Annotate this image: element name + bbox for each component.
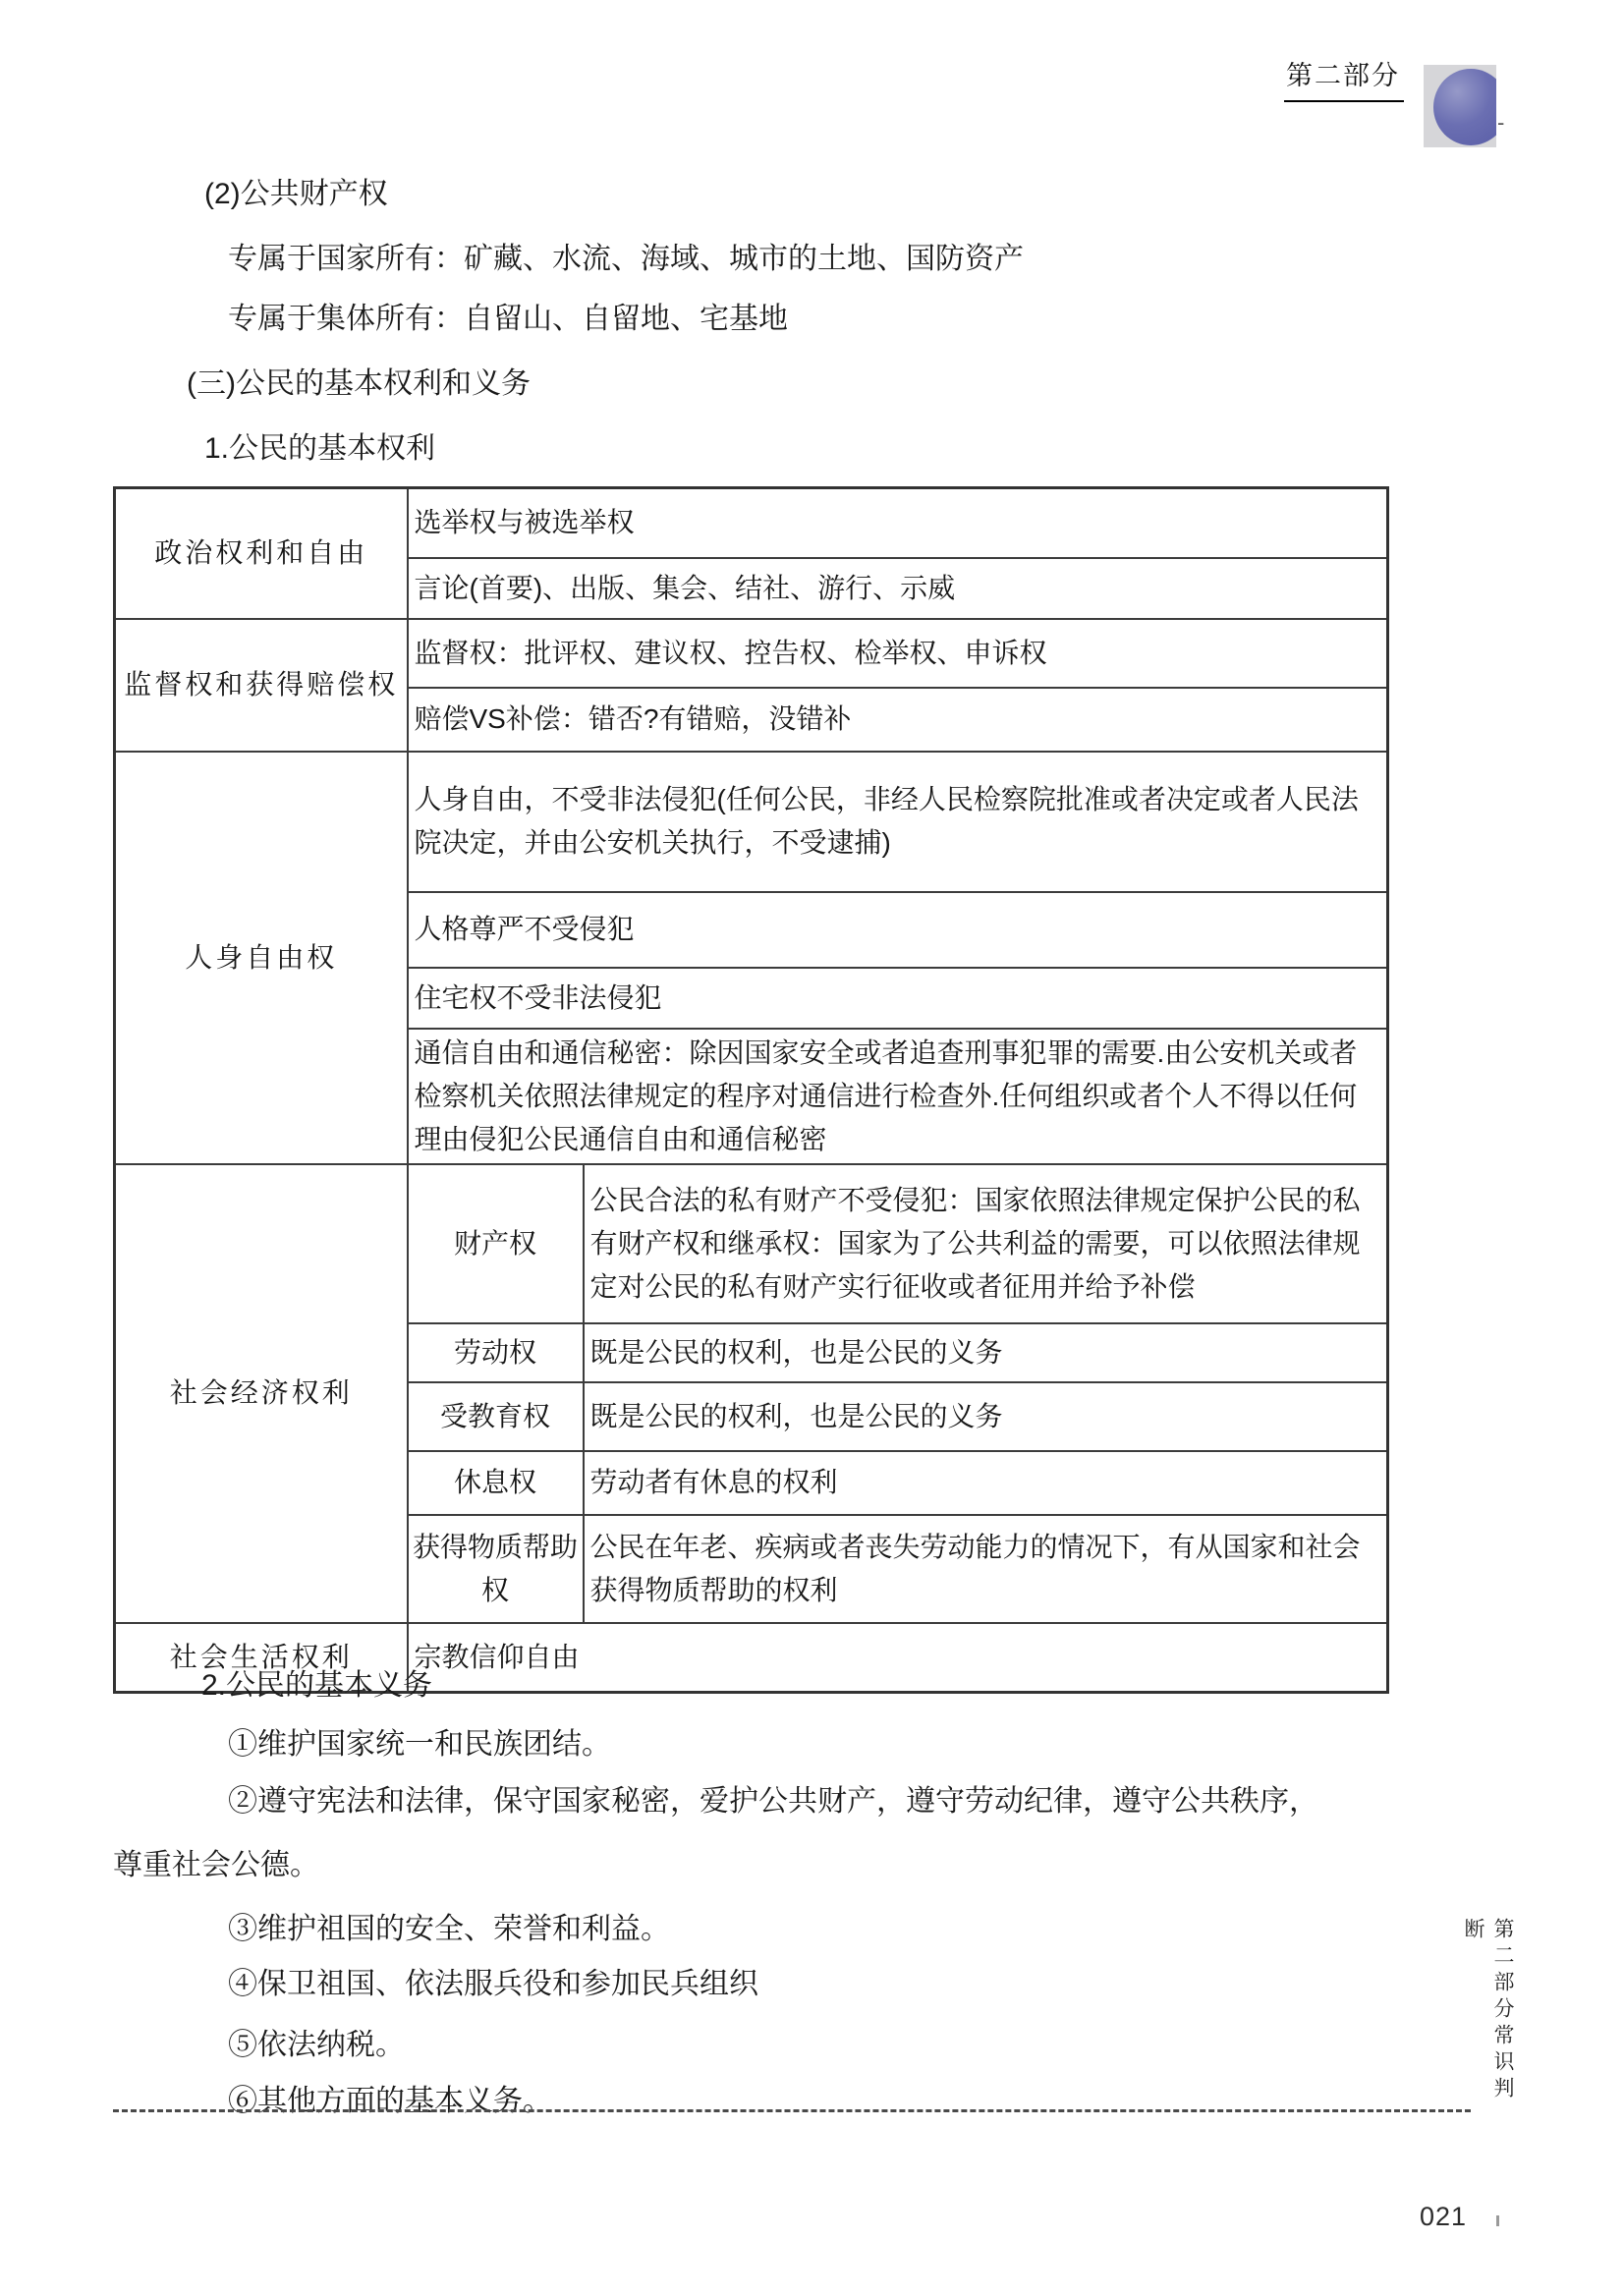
- subheading-basic-duties: 2.公民的基本义务: [201, 1660, 432, 1704]
- cell-rest-right: 劳动者有休息的权利: [584, 1451, 1388, 1515]
- table-row: 政治权利和自由 选举权与被选举权: [115, 488, 1388, 558]
- rights-table: 政治权利和自由 选举权与被选举权 言论(首要)、出版、集会、结社、游行、示威 监…: [113, 486, 1389, 1694]
- sublabel-property-right: 财产权: [408, 1164, 584, 1323]
- page-edge-tick: [1496, 2215, 1499, 2226]
- table-row: 监督权和获得赔偿权 监督权：批评权、建议权、控告权、检举权、申诉权: [115, 619, 1388, 688]
- group-label-political: 政治权利和自由: [115, 488, 408, 619]
- cell-compensation-note: 赔偿VS补偿：错否?有错赔，没错补: [408, 688, 1388, 752]
- corner-dash-mark: -: [1497, 110, 1504, 136]
- group-label-socioeconomic: 社会经济权利: [115, 1164, 408, 1623]
- duty-line-6: ⑥其他方面的基本义务。: [228, 2076, 552, 2119]
- duty-line-1: ①维护国家统一和民族团结。: [228, 1719, 611, 1763]
- blue-blob-icon: [1433, 69, 1496, 145]
- cell-material-assistance: 公民在年老、疾病或者丧失劳动能力的情况下，有从国家和社会获得物质帮助的权利: [584, 1515, 1388, 1623]
- cell-residence: 住宅权不受非法侵犯: [408, 968, 1388, 1029]
- group-label-personal-freedom: 人身自由权: [115, 752, 408, 1164]
- cell-education-right: 既是公民的权利，也是公民的义务: [584, 1382, 1388, 1451]
- heading-public-property: (2)公共财产权: [204, 169, 388, 212]
- duty-line-3: ③维护祖国的安全、荣誉和利益。: [228, 1904, 670, 1947]
- sublabel-labor-right: 劳动权: [408, 1323, 584, 1382]
- cell-vote-right: 选举权与被选举权: [408, 488, 1388, 558]
- cell-dignity: 人格尊严不受侵犯: [408, 892, 1388, 968]
- sublabel-education-right: 受教育权: [408, 1382, 584, 1451]
- sublabel-material-assistance: 获得物质帮助权: [408, 1515, 584, 1623]
- duty-line-4: ④保卫祖国、依法服兵役和参加民兵组织: [228, 1959, 758, 2002]
- line-state-owned: 专属于国家所有：矿藏、水流、海域、城市的土地、国防资产: [228, 234, 1024, 277]
- cell-religious-freedom: 宗教信仰自由: [408, 1623, 1388, 1693]
- duty-line-2-continued: 尊重社会公德。: [113, 1840, 319, 1883]
- page-number: 021: [1420, 2202, 1467, 2232]
- sublabel-rest-right: 休息权: [408, 1451, 584, 1515]
- cell-labor-right: 既是公民的权利，也是公民的义务: [584, 1323, 1388, 1382]
- duty-line-5: ⑤依法纳税。: [228, 2020, 405, 2063]
- table-row: 人身自由权 人身自由，不受非法侵犯(任何公民，非经人民检察院批准或者决定或者人民…: [115, 752, 1388, 892]
- subheading-basic-rights: 1.公民的基本权利: [204, 423, 435, 467]
- duty-line-2: ②遵守宪法和法律，保守国家秘密，爱护公共财产，遵守劳动纪律，遵守公共秩序，: [228, 1776, 1318, 1820]
- cell-speech-freedoms: 言论(首要)、出版、集会、结社、游行、示威: [408, 558, 1388, 619]
- cell-correspondence: 通信自由和通信秘密：除因国家安全或者追查刑事犯罪的需要.由公安机关或者检察机关依…: [408, 1029, 1388, 1164]
- cell-supervision-rights: 监督权：批评权、建议权、控告权、检举权、申诉权: [408, 619, 1388, 688]
- side-vertical-section-label: 第二部分常识判断: [1458, 1918, 1517, 2129]
- corner-logo-icon: [1424, 65, 1496, 147]
- table-row: 社会经济权利 财产权 公民合法的私有财产不受侵犯：国家依照法律规定保护公民的私有…: [115, 1164, 1388, 1323]
- line-collective-owned: 专属于集体所有：自留山、自留地、宅基地: [228, 294, 788, 337]
- cell-personal-freedom: 人身自由，不受非法侵犯(任何公民，非经人民检察院批准或者决定或者人民法院决定，并…: [408, 752, 1388, 892]
- section-header: 第二部分: [1284, 54, 1404, 102]
- bottom-dashed-divider: [113, 2109, 1471, 2112]
- group-label-supervision: 监督权和获得赔偿权: [115, 619, 408, 752]
- heading-rights-and-duties: (三)公民的基本权利和义务: [187, 359, 531, 402]
- cell-property-right: 公民合法的私有财产不受侵犯：国家依照法律规定保护公民的私有财产权和继承权：国家为…: [584, 1164, 1388, 1323]
